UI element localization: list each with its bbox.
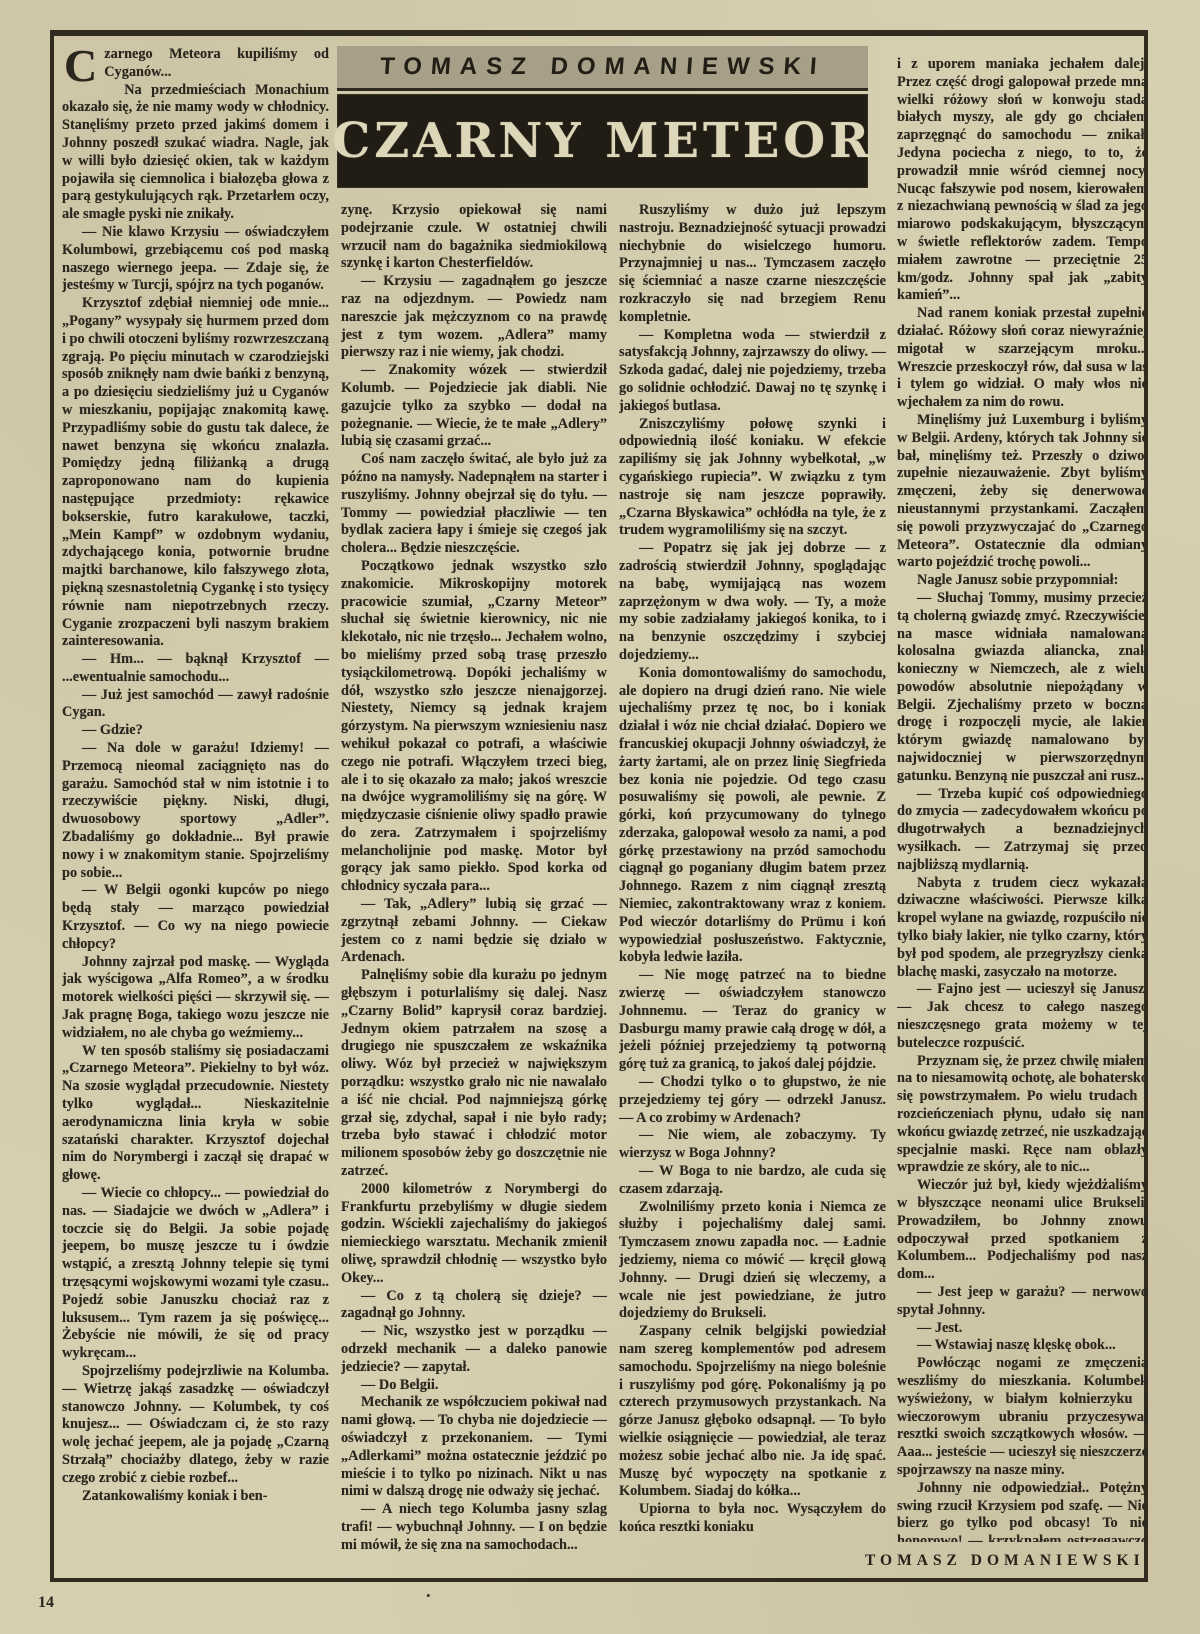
paragraph: — Wstawiaj naszę klęskę obok... [897, 1337, 1148, 1355]
paragraph: Johnny zajrzał pod maskę. — Wygląda jak … [62, 954, 329, 1043]
paragraph: Nad ranem koniak przestał zupełnie dział… [897, 305, 1148, 412]
text-column-4: i z uporem maniaka jechałem dalej. Przez… [897, 56, 1148, 1542]
paragraph: — Już jest samochód — zawył radośnie Cyg… [62, 687, 329, 723]
paragraph: — Jest jeep w garażu? — nerwowo spytał J… [897, 1284, 1148, 1320]
paragraph: Zaspany celnik belgijski powiedział nam … [619, 1323, 886, 1501]
paragraph: Powłócząc nogami ze zmęczenia weszliśmy … [897, 1355, 1148, 1480]
text-column-3: Ruszyliśmy w dużo już lepszym nastroju. … [619, 202, 886, 1576]
paragraph: Coś nam zaczęło świtać, ale było już za … [341, 451, 607, 558]
article-title-box: CZARNY METEOR [337, 94, 868, 188]
paragraph: Nagle Janusz sobie przypomniał: [897, 572, 1148, 590]
paragraph: — Kompletna woda — stwierdził z satysfak… [619, 327, 886, 416]
paragraph: — Wiecie co chłopcy... — powiedział do n… [62, 1185, 329, 1363]
paragraph: — Co z tą cholerą się dzieje? — zagadnął… [341, 1288, 607, 1324]
paragraph: Czarnego Meteora kupiliśmy od Cyganów... [62, 46, 329, 82]
paragraph: — Fajno jest — ucieszył się Janusz. — Ja… [897, 981, 1148, 1052]
drop-cap: C [62, 46, 104, 83]
article-title: CZARNY METEOR [332, 113, 873, 169]
paragraph: i z uporem maniaka jechałem dalej. Przez… [897, 56, 1148, 305]
magazine-page: { "page": { "number": "14", "footer_mark… [0, 0, 1200, 1634]
paragraph: — Tak, „Adlery” lubią się grzać — zgrzyt… [341, 896, 607, 967]
paragraph: Spojrzeliśmy podejrzliwie na Kolumba. — … [62, 1363, 329, 1488]
paragraph: — Chodzi tylko o to głupstwo, że nie prz… [619, 1074, 886, 1127]
paragraph: — Gdzie? [62, 722, 329, 740]
paragraph: — Do Belgii. [341, 1377, 607, 1395]
paragraph: — Nie mogę patrzeć na to biedne zwierzę … [619, 967, 886, 1074]
paragraph: — Nic, wszystko jest w porządku — odrzek… [341, 1323, 607, 1376]
paragraph: Zwolniliśmy przeto konia i Niemca ze słu… [619, 1199, 886, 1324]
paragraph: — Hm... — bąknął Krzysztof — ...ewentual… [62, 651, 329, 687]
paragraph: — Popatrz się jak jej dobrze — z zadrośc… [619, 540, 886, 665]
paragraph: — Słuchaj Tommy, musimy przecież tą chol… [897, 590, 1148, 786]
paragraph: Konia domontowaliśmy do samochodu, ale d… [619, 665, 886, 968]
paragraph: Zatankowaliśmy koniak i ben- [62, 1488, 329, 1506]
paragraph: — Trzeba kupić coś odpowiedniego do zmyc… [897, 786, 1148, 875]
paragraph: Johnny nie odpowiedział.. Potężny swing … [897, 1480, 1148, 1542]
paragraph: — Na dole w garażu! Idziemy! — Przemocą … [62, 740, 329, 882]
author-name: TOMASZ DOMANIEWSKI [379, 53, 827, 81]
paragraph: zynę. Krzysio opiekował się nami podejrz… [341, 202, 607, 273]
paragraph: Początkowo jednak wszystko szło znakomic… [341, 558, 607, 896]
text-column-1: Czarnego Meteora kupiliśmy od Cyganów...… [62, 46, 329, 1576]
paragraph: Wieczór już był, kiedy wjeżdżaliśmy w bł… [897, 1177, 1148, 1284]
paragraph: — Nie klawo Krzysiu — oświadczyłem Kolum… [62, 224, 329, 295]
author-strip: TOMASZ DOMANIEWSKI [337, 46, 868, 91]
paragraph: — A niech tego Kolumba jasny szlag trafi… [341, 1501, 607, 1554]
paragraph: W ten sposób staliśmy się posiadaczami „… [62, 1043, 329, 1185]
paragraph: Nabyta z trudem ciecz wykazała dziwaczne… [897, 875, 1148, 982]
paragraph: — W Belgii ogonki kupców po niego będą s… [62, 882, 329, 953]
paragraph: — Znakomity wózek — stwierdził Kolumb. —… [341, 362, 607, 451]
paragraph: Ruszyliśmy w dużo już lepszym nastroju. … [619, 202, 886, 327]
paragraph: Zniszczyliśmy połowę szynki i odpowiedni… [619, 416, 886, 541]
paragraph: Upiorna to była noc. Wysączyłem do końca… [619, 1501, 886, 1537]
footer-mark: • [426, 1588, 431, 1604]
paragraph: Palnęliśmy sobie dla kurażu po jednym gł… [341, 967, 607, 1181]
paragraph: Minęliśmy już Luxemburg i byliśmy w Belg… [897, 412, 1148, 572]
author-signature: TOMASZ DOMANIEWSKI [865, 1552, 1150, 1570]
paragraph: — Nie wiem, ale zobaczymy. Ty wierzysz w… [619, 1127, 886, 1163]
paragraph: — Krzysiu — zagadnąłem go jeszcze raz na… [341, 273, 607, 362]
paragraph: Krzysztof zdębiał niemniej ode mnie... „… [62, 295, 329, 651]
paragraph: Przyznam się, że przez chwilę miałem na … [897, 1053, 1148, 1178]
paragraph: 2000 kilometrów z Norymbergi do Frankfur… [341, 1181, 607, 1288]
text-column-2: zynę. Krzysio opiekował się nami podejrz… [341, 202, 607, 1576]
paragraph: — Jest. [897, 1320, 1148, 1338]
paragraph: Mechanik ze współczuciem pokiwał nad nam… [341, 1394, 607, 1501]
paragraph: — W Boga to nie bardzo, ale cuda się cza… [619, 1163, 886, 1199]
paragraph: Na przedmieściach Monachium okazało się,… [62, 82, 329, 224]
page-number: 14 [38, 1594, 54, 1612]
